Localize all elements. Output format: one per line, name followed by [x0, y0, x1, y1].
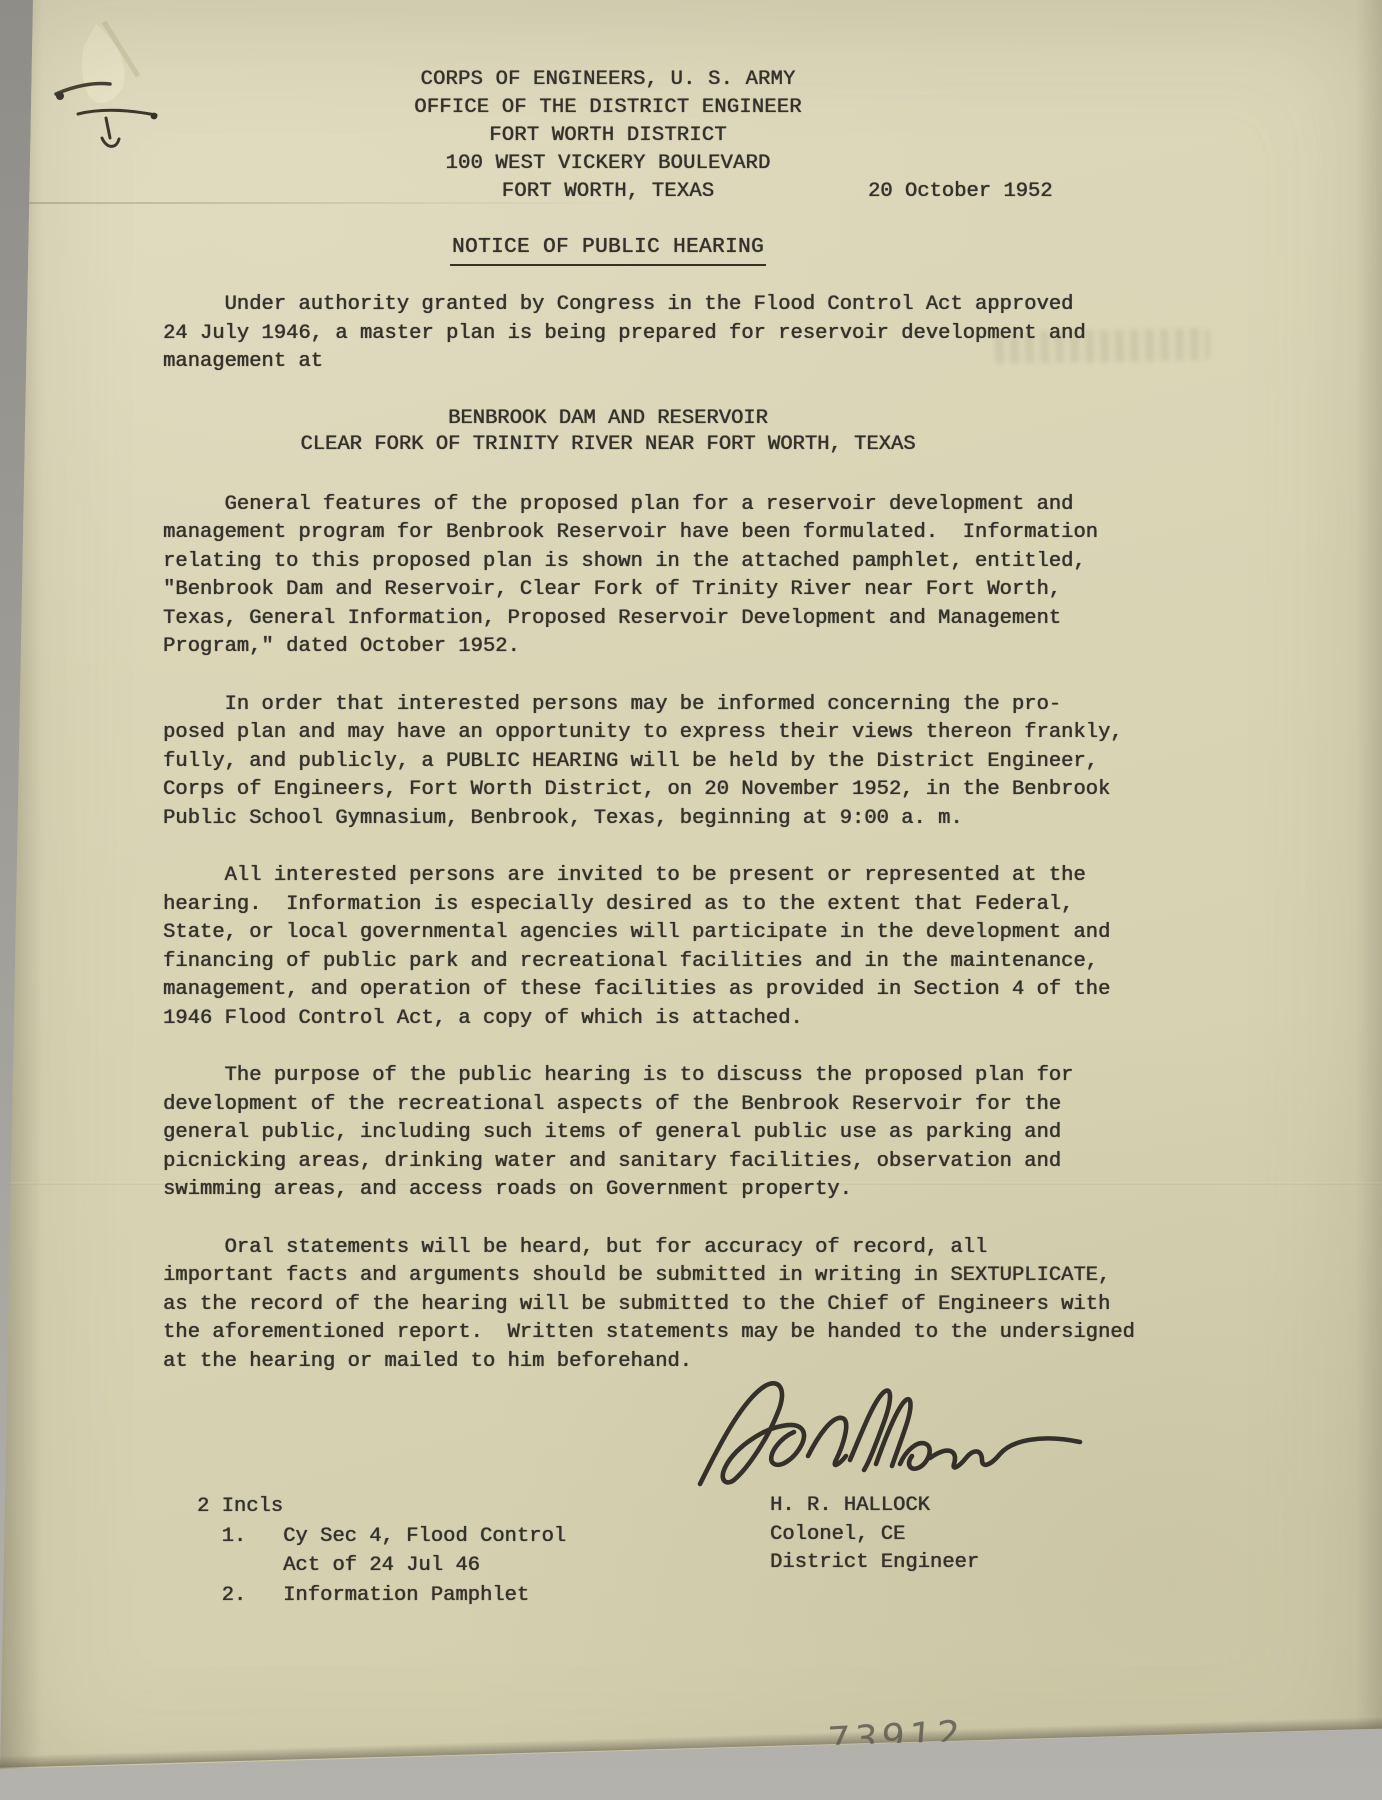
text-line: Under authority granted by Congress in t… — [163, 291, 1135, 320]
letter-date: 20 October 1952 — [868, 180, 1053, 203]
body-paragraph: In order that interested persons may be … — [163, 691, 1135, 834]
text-line: management program for Benbrook Reservoi… — [163, 519, 1135, 548]
text-line: management, and operation of these facil… — [163, 976, 1135, 1005]
signer-name: H. R. HALLOCK — [770, 1492, 979, 1521]
text-line: CLEAR FORK OF TRINITY RIVER NEAR FORT WO… — [163, 432, 1053, 458]
text-line: picnicking areas, drinking water and san… — [163, 1148, 1135, 1177]
enclosure-line: 1. Cy Sec 4, Flood Control — [197, 1522, 566, 1552]
signer-title: District Engineer — [770, 1549, 979, 1578]
letter-page: CORPS OF ENGINEERS, U. S. ARMYOFFICE OF … — [0, 0, 1382, 1800]
body-paragraph: All interested persons are invited to be… — [163, 862, 1135, 1033]
body-paragraph: Oral statements will be heard, but for a… — [163, 1234, 1135, 1377]
letterhead-line: CORPS OF ENGINEERS, U. S. ARMY — [163, 66, 1053, 94]
text-line: general public, including such items of … — [163, 1119, 1135, 1148]
text-line: "Benbrook Dam and Reservoir, Clear Fork … — [163, 576, 1135, 605]
text-line: In order that interested persons may be … — [163, 691, 1135, 720]
text-line: The purpose of the public hearing is to … — [163, 1062, 1135, 1091]
text-line: Oral statements will be heard, but for a… — [163, 1234, 1135, 1263]
text-line: swimming areas, and access roads on Gove… — [163, 1176, 1135, 1205]
enclosure-line: 2. Information Pamphlet — [197, 1581, 566, 1611]
enclosure-line: 2 Incls — [197, 1492, 566, 1522]
text-line: Corps of Engineers, Fort Worth District,… — [163, 776, 1135, 805]
body-paragraph: The purpose of the public hearing is to … — [163, 1062, 1135, 1205]
text-line: fully, and publicly, a PUBLIC HEARING wi… — [163, 748, 1135, 777]
text-line: 1946 Flood Control Act, a copy of which … — [163, 1005, 1135, 1034]
paper-edge-shading — [1356, 0, 1382, 1800]
enclosure-line: Act of 24 Jul 46 — [197, 1551, 566, 1581]
text-line: important facts and arguments should be … — [163, 1262, 1135, 1291]
text-line: General features of the proposed plan fo… — [163, 491, 1135, 520]
text-line: Public School Gymnasium, Benbrook, Texas… — [163, 805, 1135, 834]
text-line: 24 July 1946, a master plan is being pre… — [163, 320, 1135, 349]
signature-block: H. R. HALLOCK Colonel, CE District Engin… — [770, 1492, 979, 1578]
text-line: State, or local governmental agencies wi… — [163, 919, 1135, 948]
body-paragraph: Under authority granted by Congress in t… — [163, 291, 1135, 377]
body-paragraph: General features of the proposed plan fo… — [163, 491, 1135, 662]
text-line: Program," dated October 1952. — [163, 633, 1135, 662]
text-line: Texas, General Information, Proposed Res… — [163, 605, 1135, 634]
signer-rank: Colonel, CE — [770, 1521, 979, 1550]
text-line: hearing. Information is especially desir… — [163, 891, 1135, 920]
text-line: management at — [163, 348, 1135, 377]
letterhead-line: 100 WEST VICKERY BOULEVARD — [163, 150, 1053, 178]
signature-image — [690, 1372, 1090, 1502]
text-line: the aforementioned report. Written state… — [163, 1319, 1135, 1348]
document-title: NOTICE OF PUBLIC HEARING — [450, 236, 766, 266]
text-line: financing of public park and recreationa… — [163, 948, 1135, 977]
letter-body: Under authority granted by Congress in t… — [163, 291, 1135, 1405]
text-line: relating to this proposed plan is shown … — [163, 548, 1135, 577]
scanned-document: CORPS OF ENGINEERS, U. S. ARMYOFFICE OF … — [0, 0, 1382, 1800]
text-line: posed plan and may have an opportunity t… — [163, 719, 1135, 748]
letterhead-line: OFFICE OF THE DISTRICT ENGINEER — [163, 94, 1053, 122]
text-line: as the record of the hearing will be sub… — [163, 1291, 1135, 1320]
letterhead-line: FORT WORTH DISTRICT — [163, 122, 1053, 150]
text-line: BENBROOK DAM AND RESERVOIR — [163, 406, 1053, 432]
enclosures: 2 Incls 1. Cy Sec 4, Flood Control Act o… — [197, 1492, 566, 1610]
text-line: development of the recreational aspects … — [163, 1091, 1135, 1120]
subject-heading: BENBROOK DAM AND RESERVOIRCLEAR FORK OF … — [163, 406, 1053, 458]
text-line: All interested persons are invited to be… — [163, 862, 1135, 891]
